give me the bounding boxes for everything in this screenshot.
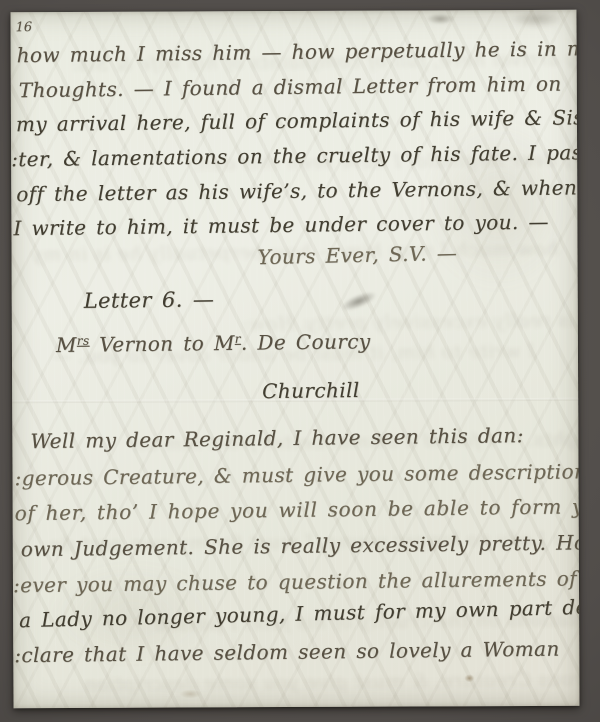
address-part: . De Courcy xyxy=(241,329,371,355)
manuscript-line: :clare that I have seldom seen so lovely… xyxy=(14,637,560,668)
foxing-spot xyxy=(179,689,201,698)
place-heading: Churchill xyxy=(262,378,360,403)
letter-number-heading: Letter 6. — xyxy=(84,287,215,313)
manuscript-page: my arrival here, full of complaints of h… xyxy=(10,10,579,708)
manuscript-line: :ever you may chuse to question the allu… xyxy=(13,566,577,597)
manuscript-line: I write to him, it must be under cover t… xyxy=(13,210,549,241)
address-part: M xyxy=(56,333,77,357)
photo-mat: my arrival here, full of complaints of h… xyxy=(0,0,600,722)
manuscript-line: off the letter as his wife’s, to the Ver… xyxy=(16,175,579,206)
manuscript-line: :gerous Creature, & must give you some d… xyxy=(14,459,579,490)
manuscript-line: of her, tho’ I hope you will soon be abl… xyxy=(15,494,580,525)
ink-smudge xyxy=(426,13,454,24)
address-heading: Mrs Vernon to Mr. De Courcy xyxy=(56,329,371,357)
superscript: rs xyxy=(77,334,90,348)
manuscript-line: Thoughts. — I found a dismal Letter from… xyxy=(19,72,562,103)
manuscript-line: Well my dear Reginald, I have seen this … xyxy=(30,423,524,453)
signature-line: Yours Ever, S.V. — xyxy=(257,241,457,269)
foxing-spot xyxy=(464,674,474,682)
ink-smudge xyxy=(339,288,379,314)
page-number: 16 xyxy=(15,20,32,35)
manuscript-line: a Lady no longer young, I must for my ow… xyxy=(19,595,580,633)
manuscript-line: my arrival here, full of complaints of h… xyxy=(16,105,580,136)
manuscript-line: how much I miss him — how perpetually he… xyxy=(17,36,580,67)
address-part: Vernon to M xyxy=(89,331,235,357)
ink-showthrough: :gerous Creature, & must give you some d… xyxy=(83,668,579,696)
manuscript-line: own Judgement. She is really excessively… xyxy=(21,530,580,561)
manuscript-line: :ter, & lamentations on the cruelty of h… xyxy=(11,140,580,171)
stain xyxy=(510,10,562,28)
